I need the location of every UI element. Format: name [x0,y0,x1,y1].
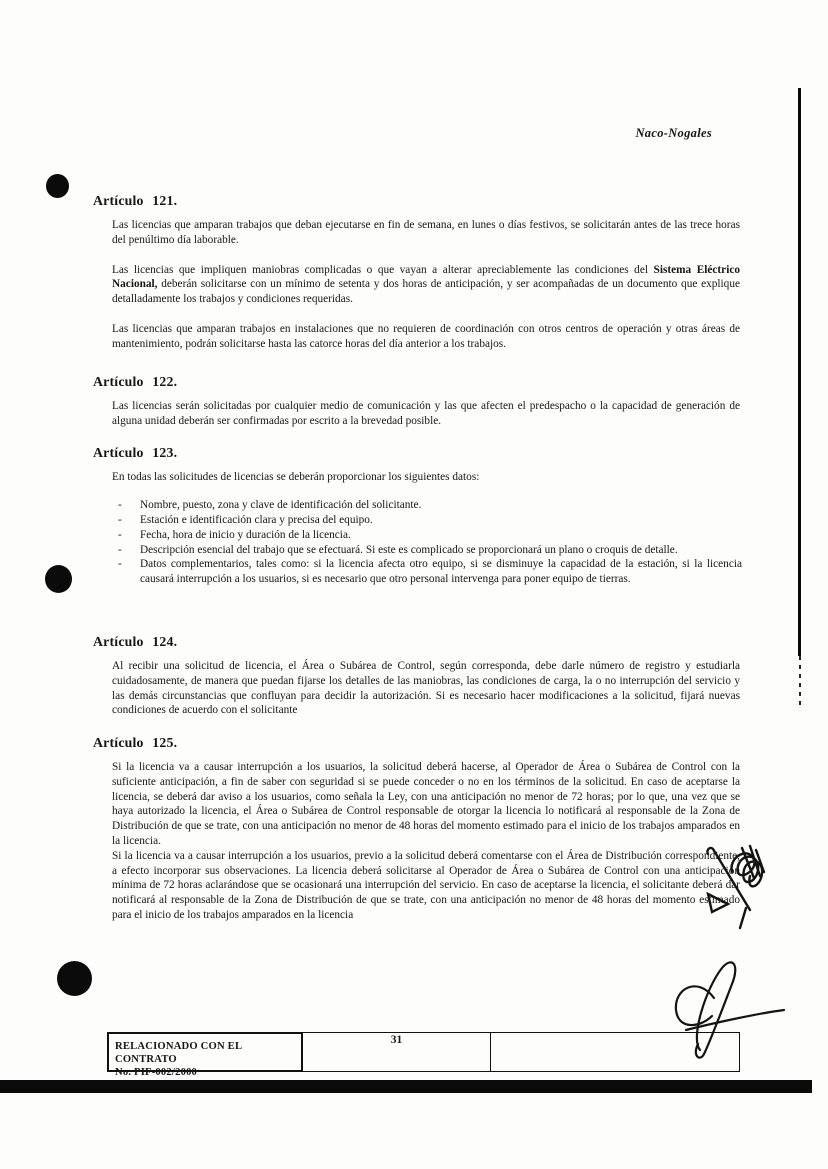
hole-punch-mark-bottom [57,961,92,996]
hole-punch-mark-middle [45,565,72,593]
list-item-text: Descripción esencial del trabajo que se … [140,543,742,558]
article-122-paragraph-1: Las licencias serán solicitadas por cual… [93,399,740,429]
article-124-title: Artículo 124. [93,634,742,650]
article-124: Artículo 124. Al recibir una solicitud d… [93,634,742,718]
article-122: Artículo 122. Las licencias serán solici… [93,374,742,429]
article-123-list: - Nombre, puesto, zona y clave de identi… [93,498,742,587]
dash-bullet: - [118,543,140,558]
page-number-cell: 31 [303,1032,491,1072]
scan-edge-line-dashes [799,656,801,708]
signature-scribble [698,832,780,936]
list-item-text: Datos complementarios, tales como: si la… [140,557,742,587]
dash-bullet: - [118,557,140,587]
paragraph-text: deberán solicitarse con un mínimo de set… [112,278,740,305]
page-number: 31 [391,1034,403,1046]
contract-stamp-line1: RELACIONADO CON EL CONTRATO [115,1040,297,1066]
article-121: Artículo 121. Las licencias que amparan … [93,193,742,352]
article-125-title: Artículo 125. [93,735,742,751]
page-header-right: Naco-Nogales [0,126,712,141]
article-125-paragraph-1: Si la licencia va a causar interrupción … [93,760,740,849]
dash-bullet: - [118,528,140,543]
article-121-paragraph-1: Las licencias que amparan trabajos que d… [93,218,740,248]
article-121-paragraph-3: Las licencias que amparan trabajos en in… [93,322,740,352]
contract-stamp-line2: No. PIF-002/2000 [115,1066,297,1079]
list-item-text: Nombre, puesto, zona y clave de identifi… [140,498,742,513]
hole-punch-mark-top [46,174,69,198]
list-item: - Nombre, puesto, zona y clave de identi… [93,498,742,513]
list-item: - Estación e identificación clara y prec… [93,513,742,528]
article-123-title: Artículo 123. [93,445,742,461]
dash-bullet: - [118,513,140,528]
footer-table: RELACIONADO CON EL CONTRATO No. PIF-002/… [107,1032,740,1072]
list-item: - Fecha, hora de inicio y duración de la… [93,528,742,543]
article-125: Artículo 125. Si la licencia va a causar… [93,735,742,923]
scan-edge-line [798,88,801,656]
article-123-intro: En todas las solicitudes de licencias se… [93,470,740,485]
article-123: Artículo 123. En todas las solicitudes d… [93,445,742,587]
list-item-text: Fecha, hora de inicio y duración de la l… [140,528,742,543]
dash-bullet: - [118,498,140,513]
article-124-paragraph-1: Al recibir una solicitud de licencia, el… [93,659,740,718]
scanned-document-page: Naco-Nogales Artículo 121. Las licencias… [0,0,828,1169]
article-121-paragraph-2: Las licencias que impliquen maniobras co… [93,263,740,307]
list-item-text: Estación e identificación clara y precis… [140,513,742,528]
article-121-title: Artículo 121. [93,193,742,209]
list-item: - Datos complementarios, tales como: si … [93,557,742,587]
paragraph-text: Las licencias que impliquen maniobras co… [112,264,654,276]
list-item: - Descripción esencial del trabajo que s… [93,543,742,558]
empty-footer-cell [491,1032,740,1072]
scan-bottom-bar [0,1080,812,1093]
contract-stamp-cell: RELACIONADO CON EL CONTRATO No. PIF-002/… [107,1032,303,1072]
article-122-title: Artículo 122. [93,374,742,390]
article-125-paragraph-2: Si la licencia va a causar interrupción … [93,849,740,923]
